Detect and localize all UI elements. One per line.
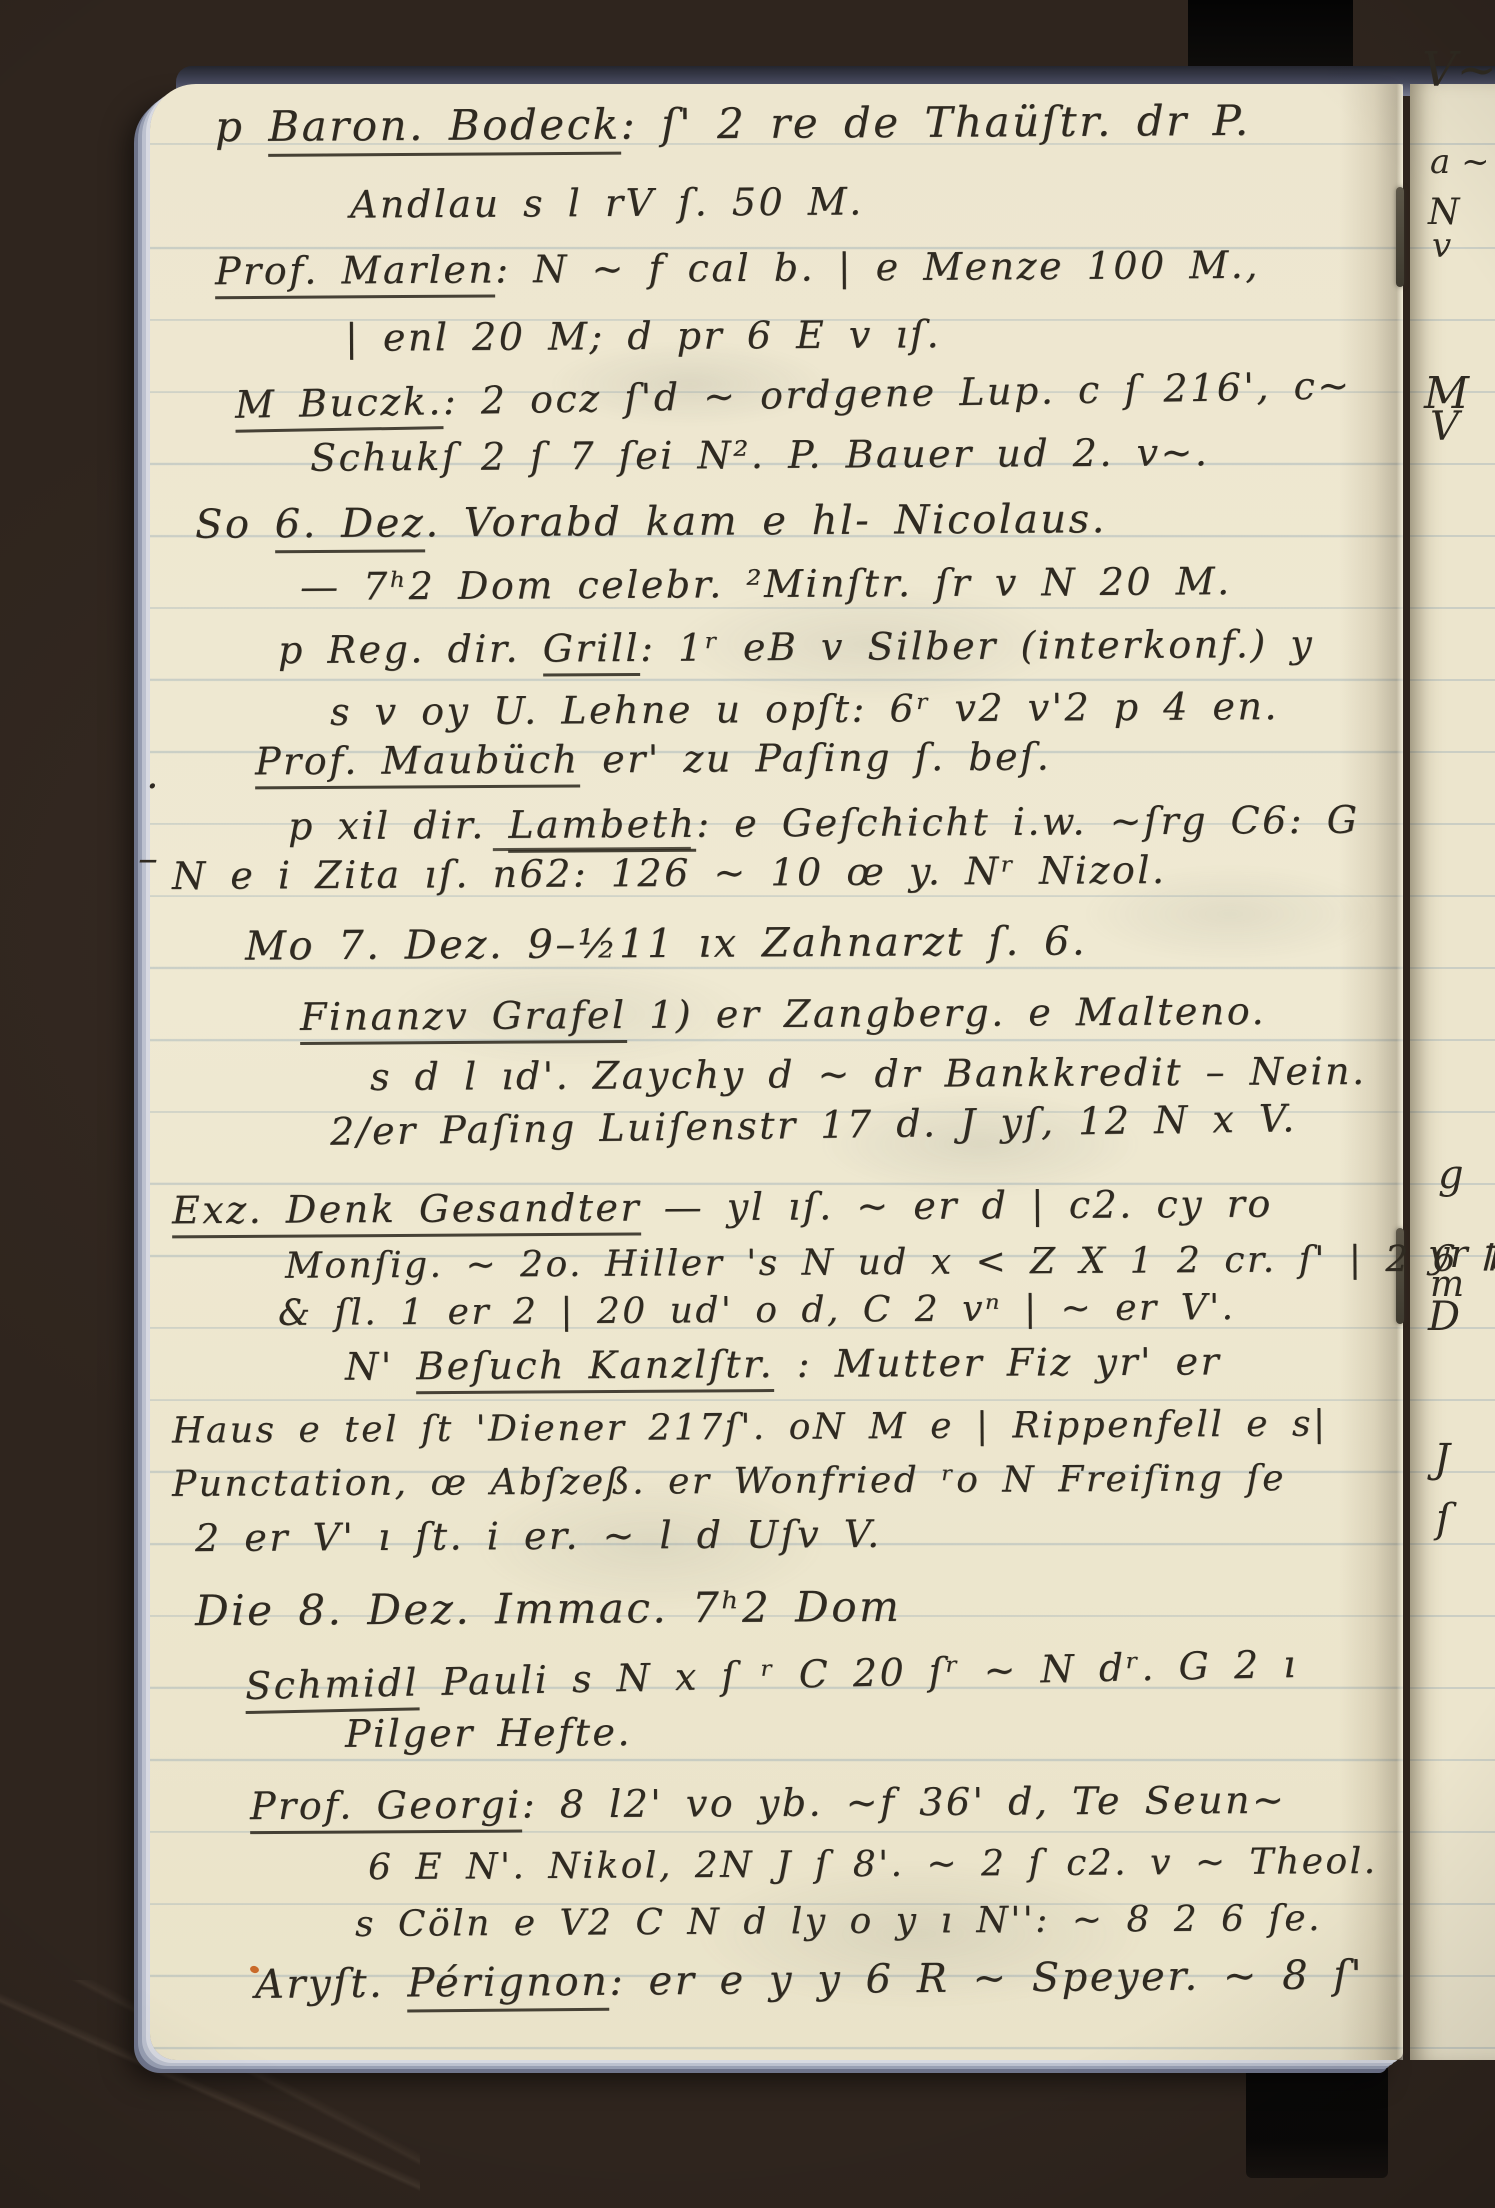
script-fragment: v (1432, 226, 1451, 266)
script-fragment: . (146, 752, 159, 798)
script-fragment: J (1434, 1436, 1450, 1482)
handwriting-line: M Buczk.: 2 ocz ſ'd ~ ordgene Lup. c ſ 2… (235, 364, 1352, 426)
handwriting-line: N e i Zita ıſ. n62: 126 ~ 10 œ y. Nʳ Niz… (172, 849, 1167, 898)
handwriting-line: Schmidl Pauli s N x ſ ʳ C 20 ſʳ ~ N dʳ. … (245, 1643, 1299, 1708)
script-fragment: g (1438, 1152, 1464, 1198)
handwriting-line: 2/er Paſing Luiſenstr 17 d. J yſ, 12 N x… (330, 1097, 1297, 1153)
photo-backdrop: p Baron. Bodeck: ſ' 2 re de Thaüſtr. dr … (0, 0, 1495, 2208)
handwriting-line: p Baron. Bodeck: ſ' 2 re de Thaüſtr. dr … (215, 97, 1251, 150)
handwriting-line: s d l ıd'. Zaychy d ~ dr Bankkredit – Ne… (370, 1050, 1367, 1099)
script-fragment: D (1428, 1294, 1460, 1340)
handwriting-line: Monſig. ~ 2o. Hiller 's N ud x < Z X 1 2… (285, 1239, 1495, 1287)
handwriting-line: Schukſ 2 ſ 7 ſei N². P. Bauer ud 2. v~. (310, 431, 1210, 479)
handwriting-line: — 7ʰ2 Dom celebr. ²Minſtr. ſr v N 20 M. (300, 560, 1232, 608)
script-fragment: V~ (1422, 42, 1495, 98)
handwriting-layer: p Baron. Bodeck: ſ' 2 re de Thaüſtr. dr … (0, 0, 1495, 2208)
handwriting-line: Die 8. Dez. Immac. 7ʰ2 Dom (195, 1583, 902, 1634)
handwriting-line: Punctation, œ Abſzeß. er Wonfried ʳo N F… (172, 1459, 1286, 1505)
handwriting-line: Finanzv Grafel 1) er Zangberg. e Malteno… (300, 990, 1266, 1038)
handwriting-line: Prof. Maubüch er' zu Paſing ſ. beſ. (255, 736, 1051, 783)
script-fragment: V (1430, 404, 1459, 450)
handwriting-line: Haus e tel ſt 'Diener 217ſ'. oN M e | Ri… (172, 1404, 1328, 1451)
handwriting-line: Prof. Marlen: N ~ f cal b. | e Menze 100… (215, 244, 1260, 293)
handwriting-line: Exz. Denk Gesandter — yl ıſ. ~ er d | c2… (172, 1183, 1273, 1232)
handwriting-line: Prof. Georgi: 8 l2' vo yb. ~f 36' d, Te … (250, 1779, 1287, 1828)
script-fragment: ſ (1436, 1496, 1451, 1542)
handwriting-line: 2 er V' ı ſt. i er. ~ l d Uſv V. (195, 1513, 882, 1560)
handwriting-line: Andlau s l rV ſ. 50 M. (350, 180, 864, 226)
handwriting-line: p Reg. dir. Grill: 1ʳ eB v Silber (inter… (278, 623, 1315, 672)
handwriting-line: 6 E N'. Nikol, 2N J ſ 8'. ~ 2 ſ c2. v ~ … (368, 1842, 1378, 1888)
script-fragment: a ~ (1430, 142, 1490, 182)
handwriting-line: Pilger Hefte. (345, 1711, 632, 1755)
handwriting-line: p xil dir. Lambeth: e Geſchicht i.w. ~ſr… (288, 799, 1360, 848)
handwriting-line: So 6. Dez. Vorabd kam e hl- Nicolaus. (195, 497, 1107, 547)
handwriting-line: Mo 7. Dez. 9–½11 ıx Zahnarzt ſ. 6. (245, 919, 1087, 969)
handwriting-line: s v oy U. Lehne u opſt: 6ʳ v2 v'2 p 4 en… (330, 685, 1279, 733)
handwriting-line: N' Beſuch Kanzlſtr. : Mutter Fiz yr' er (345, 1340, 1221, 1388)
handwriting-line: s Cöln e V2 C N d ly o y ı N'': ~ 8 2 6 … (355, 1899, 1322, 1945)
handwriting-line: & ſl. 1 er 2 | 20 ud' o d, C 2 vⁿ | ~ er… (278, 1288, 1236, 1334)
handwriting-line: | enl 20 M; d pr 6 E v ıſ. (345, 313, 941, 359)
handwriting-line: Aryſt. Pérignon: er e y y 6 R ~ Speyer. … (255, 1953, 1364, 2007)
script-fragment: – (138, 836, 158, 882)
